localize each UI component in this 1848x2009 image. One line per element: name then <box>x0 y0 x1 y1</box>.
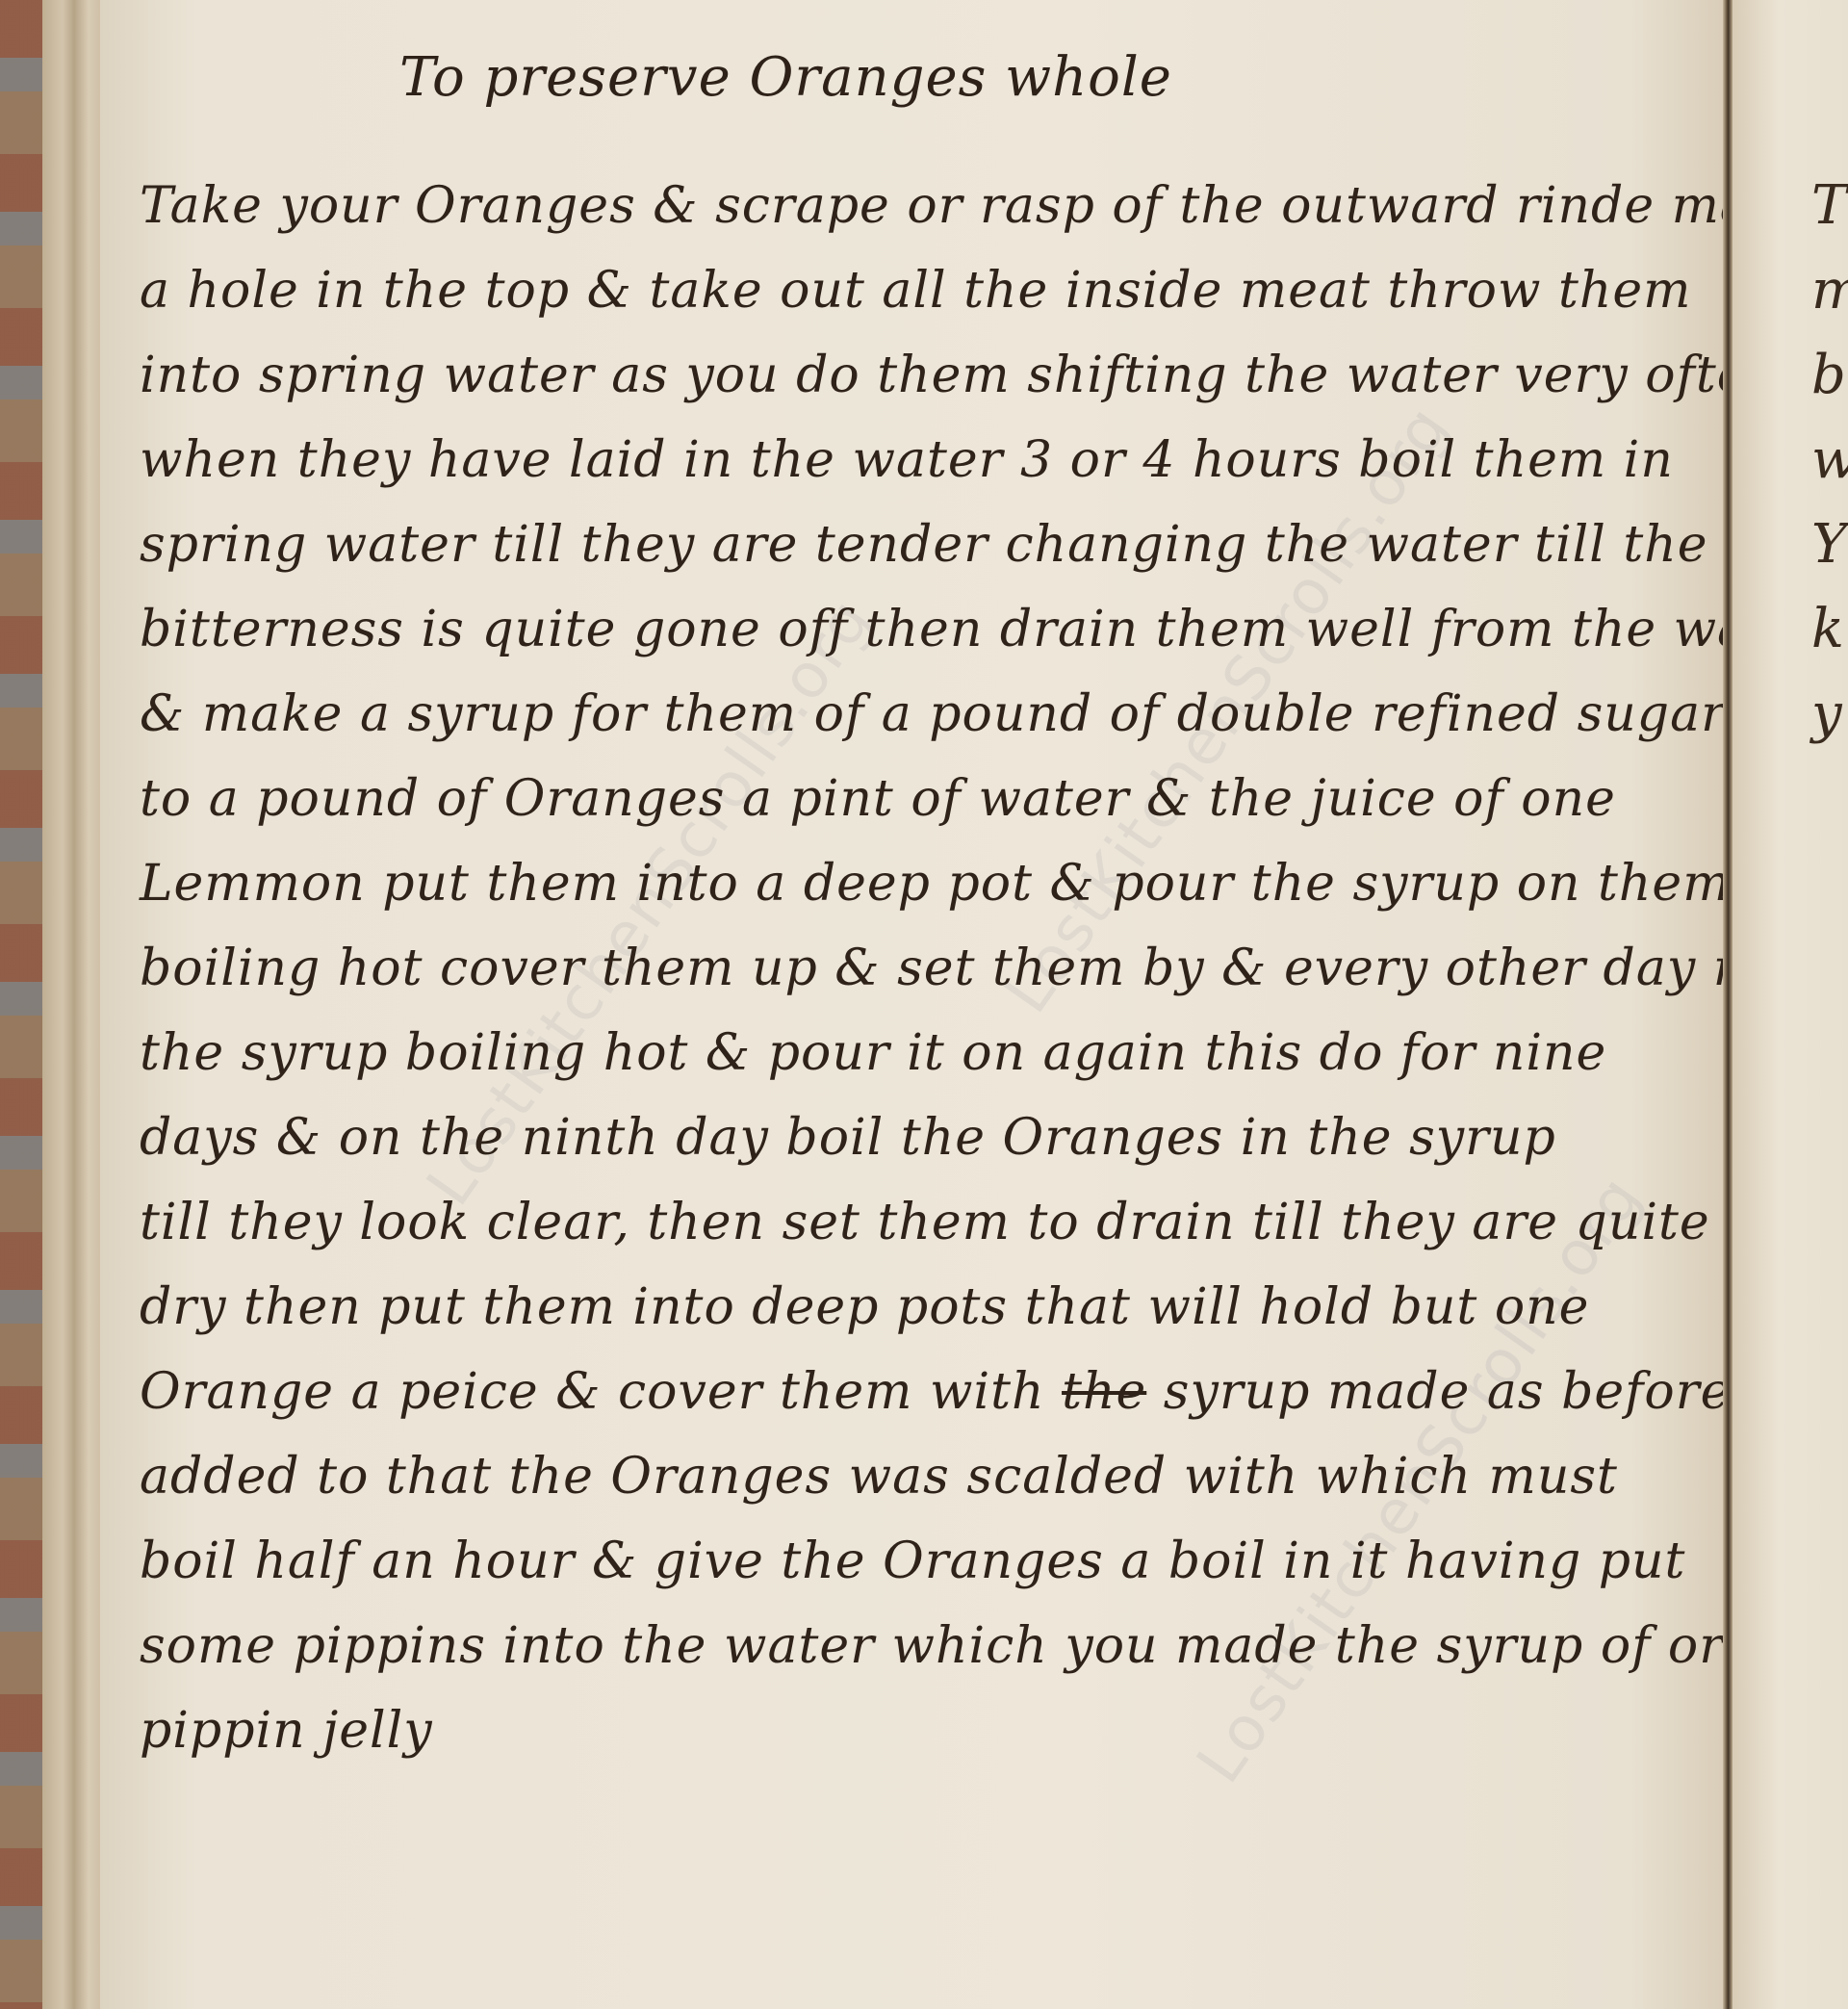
text-segment: syrup made as before <box>1164 1363 1732 1421</box>
text-line: boil half an hour & give the Oranges a b… <box>140 1519 1699 1604</box>
text-line: when they have laid in the water 3 or 4 … <box>140 418 1699 502</box>
text-line: spring water till they are tender changi… <box>140 502 1699 587</box>
text-line: added to that the Oranges was scalded wi… <box>140 1434 1699 1519</box>
book-gutter <box>1723 0 1732 2009</box>
recipe-title: To preserve Oranges whole <box>399 46 1172 109</box>
page-edges <box>42 0 100 2009</box>
fragment: w <box>1811 418 1848 502</box>
text-line: some pippins into the water which you ma… <box>140 1604 1699 1688</box>
text-line: bitterness is quite gone off then drain … <box>140 587 1699 672</box>
struck-word: the <box>1062 1363 1146 1421</box>
text-line: to a pound of Oranges a pint of water & … <box>140 757 1699 841</box>
text-line: days & on the ninth day boil the Oranges… <box>140 1095 1699 1180</box>
fragment: T <box>1811 164 1848 248</box>
fragment: y <box>1811 672 1848 757</box>
text-line: boiling hot cover them up & set them by … <box>140 926 1699 1011</box>
text-line-with-strikeout: Orange a peice & cover them with the syr… <box>140 1350 1699 1434</box>
fragment: b <box>1811 333 1848 418</box>
text-line: & make a syrup for them of a pound of do… <box>140 672 1699 757</box>
facing-page-text: T m b w Y k y <box>1811 164 1848 757</box>
fragment: m <box>1811 248 1848 333</box>
recipe-body: Take your Oranges & scrape or rasp of th… <box>140 164 1699 1773</box>
fragment: k <box>1811 587 1848 672</box>
fragment: Y <box>1811 502 1848 587</box>
book-binding <box>0 0 45 2009</box>
text-line: dry then put them into deep pots that wi… <box>140 1265 1699 1350</box>
text-line: into spring water as you do them shiftin… <box>140 333 1699 418</box>
text-line: a hole in the top & take out all the ins… <box>140 248 1699 333</box>
text-line: till they look clear, then set them to d… <box>140 1180 1699 1265</box>
text-line: Take your Oranges & scrape or rasp of th… <box>140 164 1699 248</box>
text-line: pippin jelly <box>140 1688 1699 1773</box>
text-line: Lemmon put them into a deep pot & pour t… <box>140 841 1699 926</box>
text-segment: Orange a peice & cover them with <box>140 1363 1045 1421</box>
text-line: the syrup boiling hot & pour it on again… <box>140 1011 1699 1095</box>
